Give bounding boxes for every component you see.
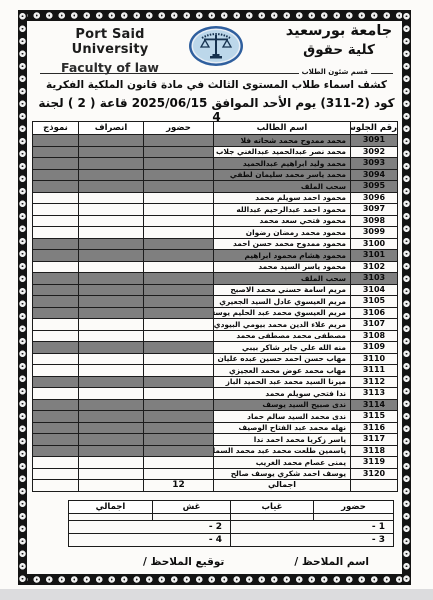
student-name-cell: مهاب حسن احمد حسين عبده عليان	[214, 353, 351, 365]
attendance-table: رقم الجلوس اسم الطالب حضور انصراف نموذج …	[32, 121, 398, 492]
form-cell	[33, 307, 79, 319]
decorative-border-right	[402, 10, 411, 585]
form-cell	[33, 238, 79, 250]
scan-background-edge	[0, 589, 433, 600]
summary-line-row: 3 - 4 -	[69, 534, 394, 547]
form-cell	[33, 192, 79, 204]
leave-cell	[79, 468, 144, 480]
table-row: 3109منه الله علي جابر شاكر بيبي	[33, 342, 398, 354]
form-cell	[33, 457, 79, 469]
form-cell	[33, 445, 79, 457]
faculty-name-ar: كلية حقوق	[281, 42, 397, 58]
leave-cell	[79, 307, 144, 319]
attend-cell	[144, 250, 214, 262]
attend-cell	[144, 434, 214, 446]
form-cell	[33, 388, 79, 400]
seat-number-cell: 3111	[351, 365, 398, 377]
attend-cell	[144, 468, 214, 480]
seat-number-cell: 3105	[351, 296, 398, 308]
leave-cell	[79, 376, 144, 388]
form-cell	[33, 330, 79, 342]
form-cell	[33, 169, 79, 181]
summary-item-1: 1 -	[231, 521, 394, 534]
table-row: 3120يوسف احمد شكري يوسف صالح	[33, 468, 398, 480]
table-row: 3117ياسر زكريا محمد احمد ندا	[33, 434, 398, 446]
form-cell	[33, 365, 79, 377]
summary-header-attend: حضور	[314, 501, 394, 514]
summary-item-4: 4 -	[69, 534, 231, 547]
student-name-cell: ندا فتحي سويلم محمد	[214, 388, 351, 400]
leave-cell	[79, 284, 144, 296]
total-attendance-cell: 12	[144, 480, 214, 492]
seat-number-cell: 3116	[351, 422, 398, 434]
seat-number-cell: 3112	[351, 376, 398, 388]
summary-item-2: 2 -	[69, 521, 231, 534]
summary-header-absent: غياب	[231, 501, 314, 514]
form-cell	[33, 319, 79, 331]
col-header-seat: رقم الجلوس	[351, 122, 398, 135]
leave-cell	[79, 135, 144, 147]
leave-cell	[79, 434, 144, 446]
student-name-cell: ميرنا السيد محمد عبد الحميد الباز	[214, 376, 351, 388]
attend-cell	[144, 284, 214, 296]
leave-cell	[79, 204, 144, 216]
table-row: 3113ندا فتحي سويلم محمد	[33, 388, 398, 400]
table-row: 3104مريم اسامة حسني محمد الاصبح	[33, 284, 398, 296]
seat-number-cell: 3098	[351, 215, 398, 227]
table-row: 3108مصطفى محمد مصطفى محمد	[33, 330, 398, 342]
form-cell	[33, 399, 79, 411]
col-header-leave: انصراف	[79, 122, 144, 135]
student-name-cell: مريم اسامة حسني محمد الاصبح	[214, 284, 351, 296]
table-row: 3118ياسمين طلعت محمد عبد محمد السماحي	[33, 445, 398, 457]
table-header-row: رقم الجلوس اسم الطالب حضور انصراف نموذج	[33, 122, 398, 135]
decorative-border-bottom	[18, 574, 411, 585]
table-row: 3107مريم علاء الدين محمد بيومي البيودي	[33, 319, 398, 331]
leave-cell	[79, 261, 144, 273]
table-row: 3106مريم العيسوي محمد عبد الحليم يوسف	[33, 307, 398, 319]
seat-number-cell: 3096	[351, 192, 398, 204]
department-divider: قسم شئون الطلاب	[40, 69, 393, 77]
attend-cell	[144, 388, 214, 400]
form-cell	[33, 468, 79, 480]
divider-line-right	[371, 73, 393, 74]
student-name-cell: محمود محمد رمضان رضوان	[214, 227, 351, 239]
summary-header-cheat: غش	[153, 501, 231, 514]
student-name-cell: يمنى عصام محمد الغريب	[214, 457, 351, 469]
attend-cell	[144, 204, 214, 216]
leave-cell	[79, 411, 144, 423]
seat-number-cell: 3106	[351, 307, 398, 319]
attend-cell	[144, 365, 214, 377]
attend-cell	[144, 238, 214, 250]
form-cell	[33, 158, 79, 170]
attend-cell	[144, 296, 214, 308]
student-name-cell: سحب الملف	[214, 181, 351, 193]
student-name-cell: محمود فتحي سعد محمد	[214, 215, 351, 227]
student-name-cell: محمود ممدوح محمد حسن احمد	[214, 238, 351, 250]
table-row: 3097محمود احمد عبدالرحيم عبدالله	[33, 204, 398, 216]
summary-item-3: 3 -	[231, 534, 394, 547]
table-row: 3116نهله محمد عبد الفتاح الوصيف	[33, 422, 398, 434]
form-cell	[33, 434, 79, 446]
summary-header-total: اجمالي	[69, 501, 153, 514]
leave-cell	[79, 353, 144, 365]
attend-cell	[144, 342, 214, 354]
seat-number-cell: 3093	[351, 158, 398, 170]
form-cell	[33, 261, 79, 273]
student-name-cell: ندى محمد السيد سالم حماد	[214, 411, 351, 423]
attend-cell	[144, 353, 214, 365]
student-name-cell: محمود احمد عبدالرحيم عبدالله	[214, 204, 351, 216]
student-name-cell: محمود ياسر السيد محمد	[214, 261, 351, 273]
student-name-cell: ياسر زكريا محمد احمد ندا	[214, 434, 351, 446]
leave-cell	[79, 319, 144, 331]
form-cell	[33, 227, 79, 239]
summary-empty-row	[69, 514, 394, 521]
table-row: 3101محمود هشام محمود ابراهيم	[33, 250, 398, 262]
form-cell	[33, 146, 79, 158]
header-english: Port Said University Faculty of law	[42, 27, 178, 75]
table-row: 3115ندى محمد السيد سالم حماد	[33, 411, 398, 423]
table-row: 3093محمد وليد ابراهيم عبدالحميد	[33, 158, 398, 170]
header-arabic: جامعة بورسعيد كلية حقوق	[281, 23, 397, 58]
student-name-cell: محمد نصر عبدالحميد عبدالغني جلاب	[214, 146, 351, 158]
seat-number-cell: 3103	[351, 273, 398, 285]
summary-header-row: حضور غياب غش اجمالي	[69, 501, 394, 514]
total-seat-cell	[351, 480, 398, 492]
student-name-cell: محمود هشام محمود ابراهيم	[214, 250, 351, 262]
attend-cell	[144, 307, 214, 319]
seat-number-cell: 3107	[351, 319, 398, 331]
leave-cell	[79, 146, 144, 158]
attend-cell	[144, 135, 214, 147]
seat-number-cell: 3094	[351, 169, 398, 181]
leave-cell	[79, 227, 144, 239]
seat-number-cell: 3099	[351, 227, 398, 239]
col-header-attend: حضور	[144, 122, 214, 135]
observer-name-label: اسم الملاحظ /	[294, 556, 369, 568]
form-cell	[33, 422, 79, 434]
attend-cell	[144, 445, 214, 457]
attend-cell	[144, 181, 214, 193]
university-name-en: Port Said University	[42, 27, 178, 57]
leave-cell	[79, 330, 144, 342]
seat-number-cell: 3102	[351, 261, 398, 273]
attend-cell	[144, 330, 214, 342]
attend-cell	[144, 457, 214, 469]
form-cell	[33, 296, 79, 308]
attend-cell	[144, 422, 214, 434]
form-cell	[33, 135, 79, 147]
table-row: 3100محمود ممدوح محمد حسن احمد	[33, 238, 398, 250]
seat-number-cell: 3104	[351, 284, 398, 296]
total-leave-cell	[79, 480, 144, 492]
seat-number-cell: 3115	[351, 411, 398, 423]
total-form-cell	[33, 480, 79, 492]
table-row: 3098محمود فتحي سعد محمد	[33, 215, 398, 227]
student-name-cell: سحب الملف	[214, 273, 351, 285]
observer-signature-label: توقيع الملاحظ /	[143, 556, 224, 568]
attend-cell	[144, 192, 214, 204]
student-name-cell: محمد ممدوح محمد شحاته فلا	[214, 135, 351, 147]
table-row: 3094محمد ياسر محمد سليمان لطفي	[33, 169, 398, 181]
table-row: 3091محمد ممدوح محمد شحاته فلا	[33, 135, 398, 147]
form-cell	[33, 215, 79, 227]
leave-cell	[79, 365, 144, 377]
table-row: 3112ميرنا السيد محمد عبد الحميد الباز	[33, 376, 398, 388]
seat-number-cell: 3113	[351, 388, 398, 400]
student-name-cell: ياسمين طلعت محمد عبد محمد السماحي	[214, 445, 351, 457]
leave-cell	[79, 273, 144, 285]
seat-number-cell: 3119	[351, 457, 398, 469]
seat-number-cell: 3091	[351, 135, 398, 147]
form-cell	[33, 181, 79, 193]
leave-cell	[79, 296, 144, 308]
student-name-cell: مريم علاء الدين محمد بيومي البيودي	[214, 319, 351, 331]
table-row: 3096محمود احمد سويلم محمد	[33, 192, 398, 204]
leave-cell	[79, 342, 144, 354]
decorative-border-top	[18, 10, 411, 21]
seat-number-cell: 3118	[351, 445, 398, 457]
leave-cell	[79, 181, 144, 193]
leave-cell	[79, 169, 144, 181]
student-name-cell: مريم العيسوي محمد عبد الحليم يوسف	[214, 307, 351, 319]
leave-cell	[79, 238, 144, 250]
student-name-cell: محمد ياسر محمد سليمان لطفي	[214, 169, 351, 181]
table-row: 3099محمود محمد رمضان رضوان	[33, 227, 398, 239]
student-name-cell: نهله محمد عبد الفتاح الوصيف	[214, 422, 351, 434]
student-name-cell: منه الله علي جابر شاكر بيبي	[214, 342, 351, 354]
seat-number-cell: 3095	[351, 181, 398, 193]
col-header-name: اسم الطالب	[214, 122, 351, 135]
leave-cell	[79, 422, 144, 434]
form-cell	[33, 204, 79, 216]
scanned-page: Port Said University Faculty of law جامع…	[0, 0, 433, 589]
summary-table: حضور غياب غش اجمالي 1 - 2 - 3 - 4 -	[68, 500, 394, 547]
attend-cell	[144, 319, 214, 331]
table-row: 3105مريم العيسوي عادل السيد الجعيري	[33, 296, 398, 308]
student-name-cell: يوسف احمد شكري يوسف صالح	[214, 468, 351, 480]
attend-cell	[144, 399, 214, 411]
session-info-line: كود (2-311) يوم الأحد الموافق 2025/06/15…	[38, 96, 395, 124]
attend-cell	[144, 227, 214, 239]
student-name-cell: مصطفى محمد مصطفى محمد	[214, 330, 351, 342]
attend-cell	[144, 215, 214, 227]
student-name-cell: ندى صبيح السيد يوسف	[214, 399, 351, 411]
table-row: 3111مهاب محمد عوض محمد العجيزي	[33, 365, 398, 377]
attend-cell	[144, 273, 214, 285]
leave-cell	[79, 445, 144, 457]
seat-number-cell: 3101	[351, 250, 398, 262]
seat-number-cell: 3100	[351, 238, 398, 250]
table-row: 3110مهاب حسن احمد حسين عبده عليان	[33, 353, 398, 365]
seat-number-cell: 3092	[351, 146, 398, 158]
table-row: 3114ندى صبيح السيد يوسف	[33, 399, 398, 411]
total-row: اجمالي 12	[33, 480, 398, 492]
attend-cell	[144, 411, 214, 423]
form-cell	[33, 250, 79, 262]
table-row: 3092محمد نصر عبدالحميد عبدالغني جلاب	[33, 146, 398, 158]
attend-cell	[144, 158, 214, 170]
department-label: قسم شئون الطلاب	[299, 68, 371, 76]
document-title: كشف اسماء طلاب المستوى الثالث في مادة قا…	[38, 79, 395, 91]
attend-cell	[144, 376, 214, 388]
table-row: 3103سحب الملف	[33, 273, 398, 285]
table-row: 3102محمود ياسر السيد محمد	[33, 261, 398, 273]
seat-number-cell: 3109	[351, 342, 398, 354]
student-name-cell: محمد وليد ابراهيم عبدالحميد	[214, 158, 351, 170]
seat-number-cell: 3114	[351, 399, 398, 411]
attend-cell	[144, 169, 214, 181]
leave-cell	[79, 457, 144, 469]
leave-cell	[79, 215, 144, 227]
leave-cell	[79, 399, 144, 411]
summary-line-row: 1 - 2 -	[69, 521, 394, 534]
seat-number-cell: 3117	[351, 434, 398, 446]
leave-cell	[79, 192, 144, 204]
form-cell	[33, 353, 79, 365]
form-cell	[33, 284, 79, 296]
form-cell	[33, 376, 79, 388]
student-name-cell: محمود احمد سويلم محمد	[214, 192, 351, 204]
form-cell	[33, 411, 79, 423]
decorative-border-left	[18, 10, 27, 585]
leave-cell	[79, 388, 144, 400]
seat-number-cell: 3110	[351, 353, 398, 365]
col-header-form: نموذج	[33, 122, 79, 135]
seat-number-cell: 3097	[351, 204, 398, 216]
student-name-cell: مهاب محمد عوض محمد العجيزي	[214, 365, 351, 377]
table-row: 3095سحب الملف	[33, 181, 398, 193]
attend-cell	[144, 146, 214, 158]
leave-cell	[79, 250, 144, 262]
student-name-cell: مريم العيسوي عادل السيد الجعيري	[214, 296, 351, 308]
divider-line-left	[40, 73, 299, 74]
leave-cell	[79, 158, 144, 170]
university-logo-icon	[188, 25, 244, 71]
form-cell	[33, 342, 79, 354]
seat-number-cell: 3108	[351, 330, 398, 342]
seat-number-cell: 3120	[351, 468, 398, 480]
university-name-ar: جامعة بورسعيد	[281, 23, 397, 39]
form-cell	[33, 273, 79, 285]
table-row: 3119يمنى عصام محمد الغريب	[33, 457, 398, 469]
attend-cell	[144, 261, 214, 273]
total-label-cell: اجمالي	[214, 480, 351, 492]
